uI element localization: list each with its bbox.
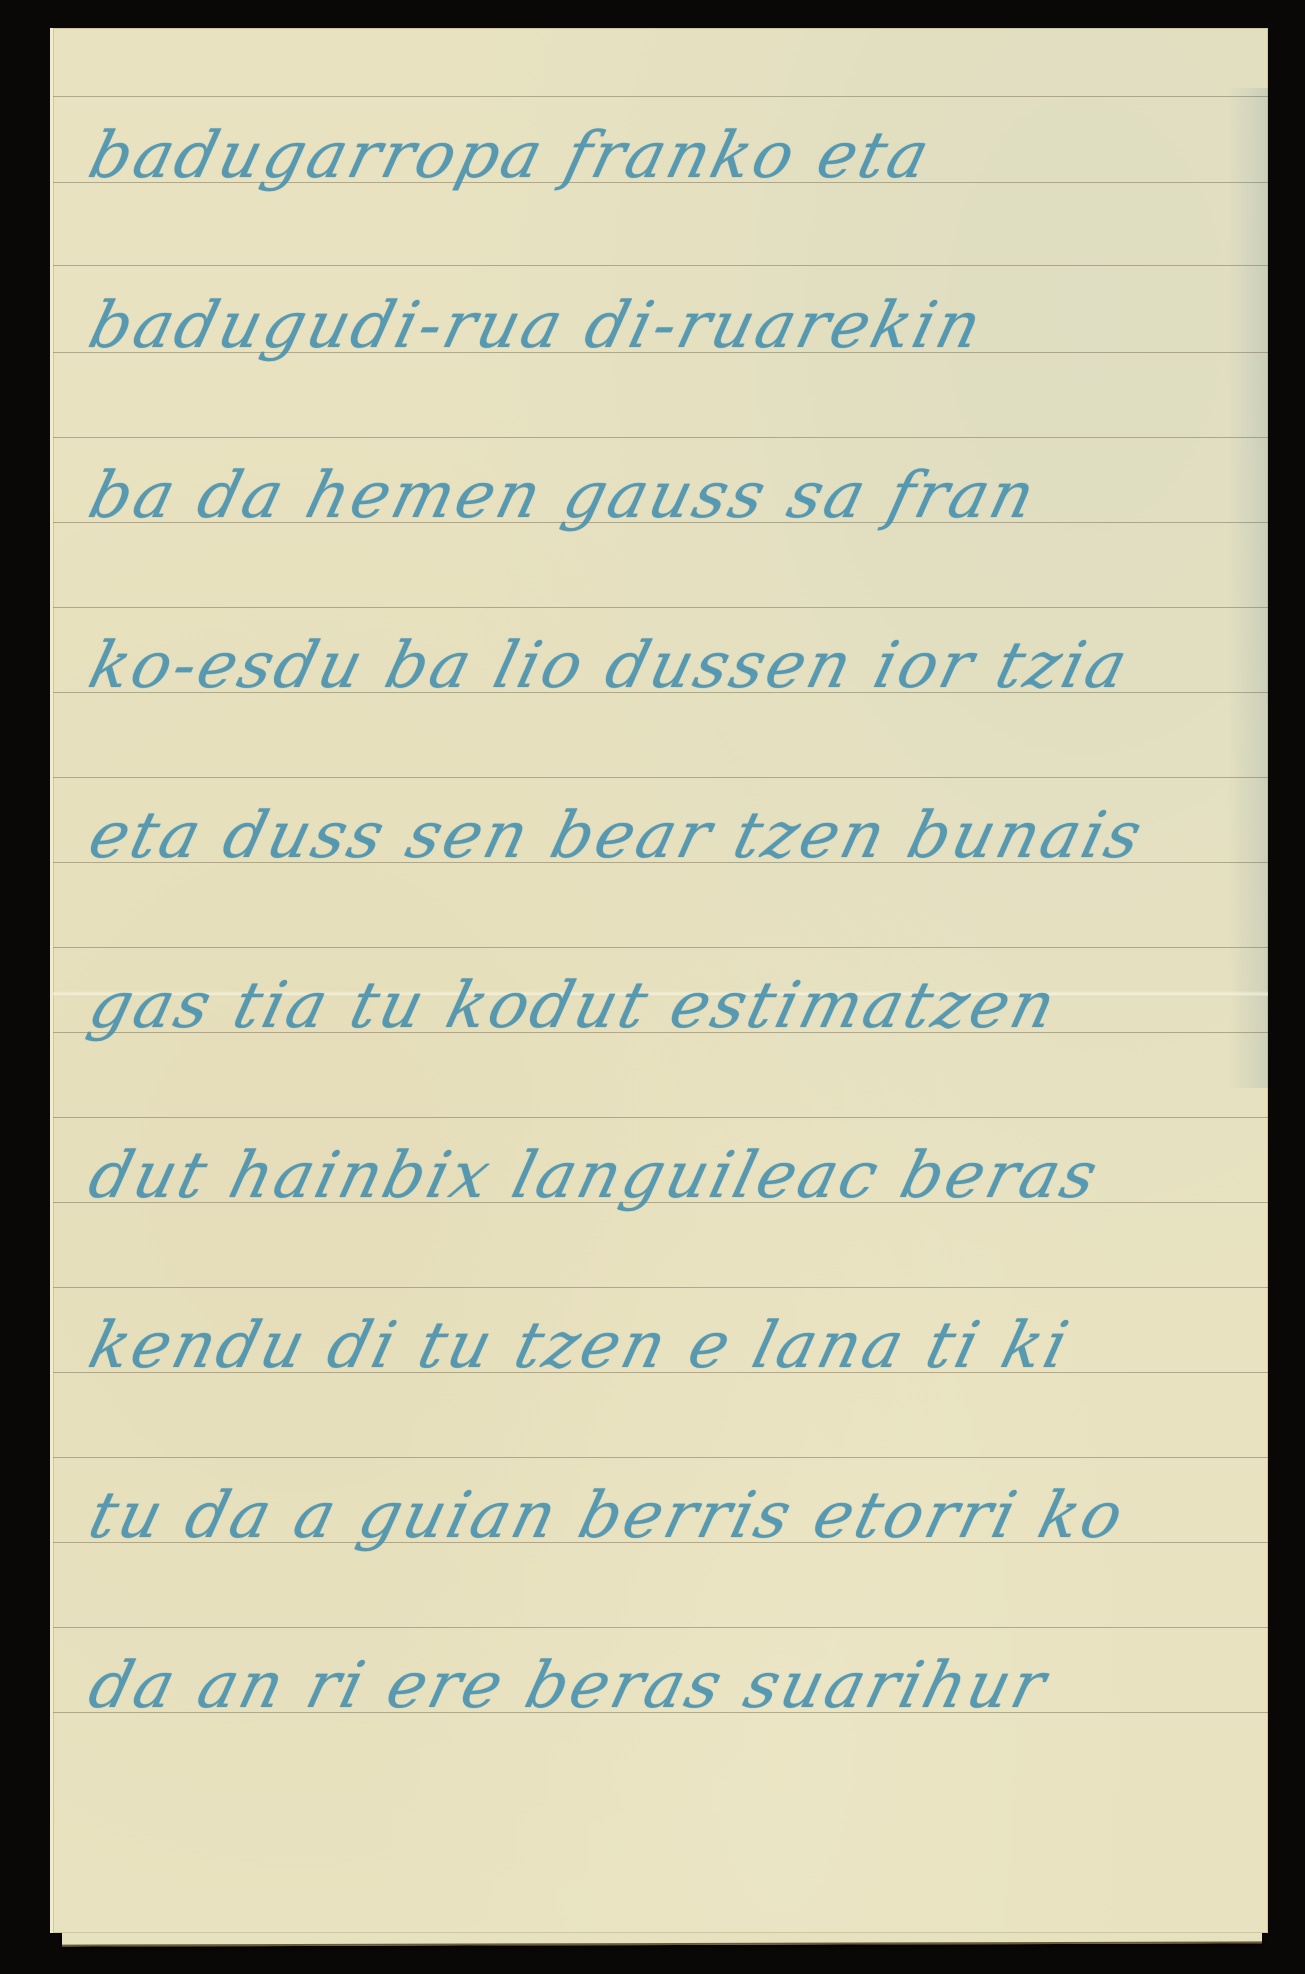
handwritten-line-8: kendu di tu tzen e lana ti ki (83, 1314, 1077, 1378)
ink-stain (1228, 88, 1268, 1088)
ruled-line (53, 1287, 1268, 1288)
handwritten-line-5: eta duss sen bear tzen bunais (83, 804, 1150, 868)
ruled-line (53, 437, 1268, 438)
handwritten-line-9: tu da a guian berris etorri ko (83, 1484, 1132, 1548)
handwritten-line-1: badugarropa franko eta (83, 124, 938, 188)
ruled-line (53, 265, 1268, 266)
ruled-line (53, 777, 1268, 778)
handwritten-line-4: ko-esdu ba lio dussen ior tzia (83, 634, 1136, 698)
ruled-line (53, 1627, 1268, 1628)
handwritten-line-10: da an ri ere beras suarihur (83, 1654, 1054, 1718)
handwritten-line-2: badugudi-rua di-ruarekin (83, 294, 990, 358)
ruled-line (53, 96, 1268, 97)
letter-page: badugarropa franko eta badugudi-rua di-r… (50, 28, 1268, 1933)
ruled-line (53, 1457, 1268, 1458)
handwritten-line-3: ba da hemen gauss sa fran (83, 464, 1043, 528)
ruled-line (53, 1117, 1268, 1118)
handwritten-line-7: dut hainbix languileac beras (83, 1144, 1106, 1208)
handwritten-line-6: gas tia tu kodut estimatzen (83, 974, 1064, 1038)
ruled-line (53, 607, 1268, 608)
ruled-line (53, 947, 1268, 948)
